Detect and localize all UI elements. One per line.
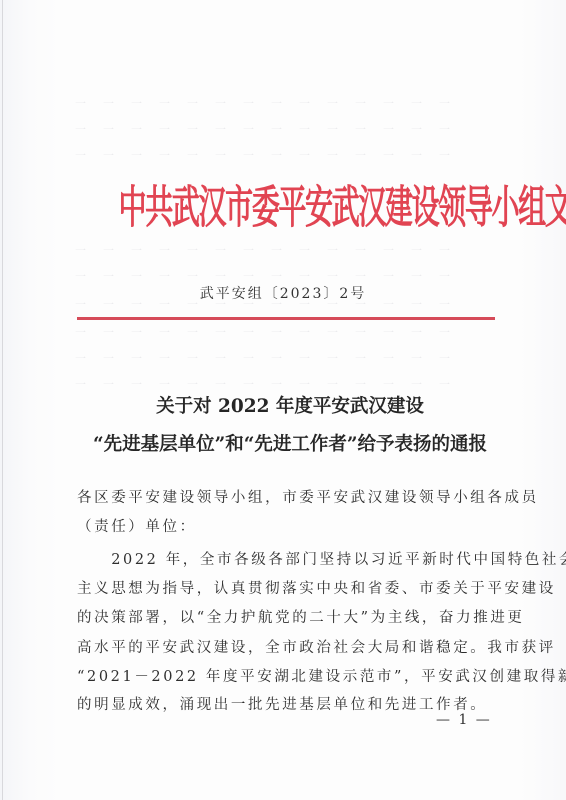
bleed-through-text: 一 一 一 一 一 一 一 一 一 一 一 一 一 一	[75, 350, 495, 366]
body-line: “2021－2022 年度平安湖北建设示范市”，平安武汉创建取得新	[77, 665, 497, 686]
red-divider-rule	[77, 317, 495, 320]
issuer-title: 中共武汉市委平安武汉建设领导小组文件	[119, 170, 452, 243]
bleed-through-text: 一 一 一 一 一 一 一 一 一 一 一 一 一 一	[75, 268, 495, 284]
body-line: 的决策部署，以“全力护航党的二十大”为主线，奋力推进更	[77, 606, 497, 627]
page-edge	[2, 0, 3, 800]
bleed-through-text: 一 一 一 一 一 一 一 一 一 一 一 一 一 一	[75, 147, 495, 163]
body-line: 主义思想为指导，认真贯彻落实中央和省委、市委关于平安建设	[77, 577, 497, 598]
document-number: 武平安组〔2023〕2号	[0, 283, 566, 303]
bleed-through-text: 一 一 一 一 一 一 一 一 一 一 一 一 一 一	[75, 95, 495, 111]
page-number: — 1 —	[436, 712, 492, 728]
body-line: 高水平的平安武汉建设，全市政治社会大局和谐稳定。我市获评	[77, 636, 497, 657]
body-line: 的明显成效，涌现出一批先进基层单位和先进工作者。	[77, 693, 497, 714]
body-line: 各区委平安建设领导小组，市委平安武汉建设领导小组各成员	[77, 486, 497, 507]
subject-line-2: “先进基层单位”和“先进工作者”给予表扬的通报	[60, 430, 520, 456]
bleed-through-text: 一 一 一 一 一 一 一 一 一 一 一 一 一 一	[75, 324, 495, 340]
subject-line-1: 关于对 2022 年度平安武汉建设	[60, 392, 520, 418]
bleed-through-text: 一 一 一 一 一 一 一 一 一 一 一 一 一 一	[75, 376, 495, 392]
bleed-through-text: 一 一 一 一 一 一 一 一 一 一 一 一 一 一	[75, 121, 495, 137]
bleed-through-text: 一 一 一 一 一 一 一 一 一 一 一 一 一 一	[75, 242, 495, 258]
body-line: （责任）单位：	[77, 515, 497, 536]
document-page: 一 一 一 一 一 一 一 一 一 一 一 一 一 一 一 一 一 一 一 一 …	[0, 0, 566, 800]
body-line: 2022 年，全市各级各部门坚持以习近平新时代中国特色社会	[77, 548, 497, 569]
